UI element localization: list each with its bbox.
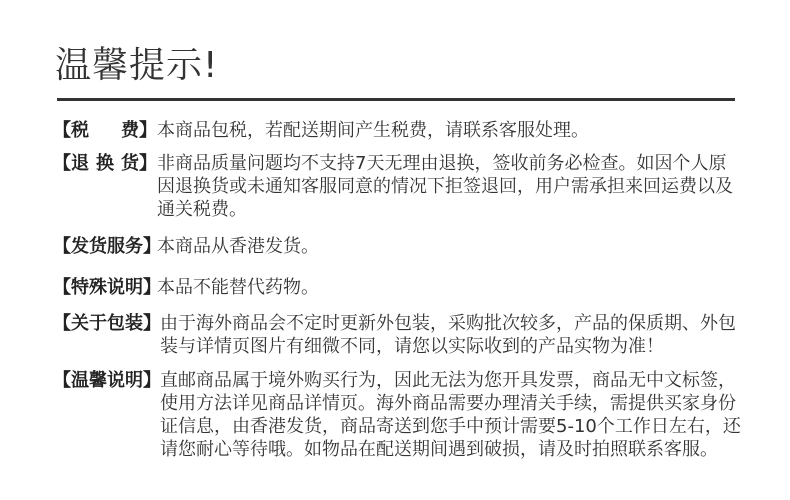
section-body: 直邮商品属于境外购买行为，因此无法为您开具发票，商品无中文标签，使用方法详见商品… bbox=[160, 369, 743, 461]
notice-shipping: 【 发货服务 】 本商品从香港发货。 bbox=[53, 235, 743, 258]
section-label: 【 税 费 】 bbox=[53, 119, 157, 142]
label-text: 温馨说明 bbox=[71, 369, 143, 461]
page-title: 温馨提示! bbox=[55, 44, 218, 88]
notice-tax: 【 税 费 】 本商品包税，若配送期间产生税费，请联系客服处理。 bbox=[53, 119, 743, 142]
section-body: 非商品质量问题均不支持7天无理由退换，签收前务必检查。如因个人原因退换货或未通知… bbox=[157, 152, 743, 221]
left-bracket: 【 bbox=[53, 369, 71, 461]
left-bracket: 【 bbox=[53, 119, 71, 142]
section-label: 【 温馨说明 】 bbox=[53, 369, 160, 461]
notice-special: 【 特殊说明 】 本品不能替代药物。 bbox=[53, 276, 743, 299]
label-text: 特殊说明 bbox=[71, 276, 143, 299]
left-bracket: 【 bbox=[53, 235, 71, 258]
title-divider bbox=[57, 98, 735, 101]
label-text: 发货服务 bbox=[71, 235, 143, 258]
right-bracket: 】 bbox=[143, 369, 161, 461]
section-body: 本品不能替代药物。 bbox=[157, 276, 743, 299]
label-char: 税 bbox=[71, 119, 89, 142]
right-bracket: 】 bbox=[139, 152, 157, 221]
label-char: 换 bbox=[96, 152, 114, 221]
left-bracket: 【 bbox=[53, 152, 71, 221]
section-label: 【 特殊说明 】 bbox=[53, 276, 157, 299]
notice-reminder: 【 温馨说明 】 直邮商品属于境外购买行为，因此无法为您开具发票，商品无中文标签… bbox=[53, 369, 743, 461]
section-body: 本商品从香港发货。 bbox=[157, 235, 743, 258]
notice-packaging: 【 关于包装 】 由于海外商品会不定时更新外包装，采购批次较多，产品的保质期、外… bbox=[53, 312, 743, 358]
label-char: 退 bbox=[71, 152, 89, 221]
label-char: 货 bbox=[121, 152, 139, 221]
notice-returns: 【 退 换 货 】 非商品质量问题均不支持7天无理由退换，签收前务必检查。如因个… bbox=[53, 152, 743, 221]
label-text: 关于包装 bbox=[71, 312, 143, 358]
left-bracket: 【 bbox=[53, 312, 71, 358]
right-bracket: 】 bbox=[139, 119, 157, 142]
section-body: 本商品包税，若配送期间产生税费，请联系客服处理。 bbox=[157, 119, 743, 142]
section-label: 【 关于包装 】 bbox=[53, 312, 160, 358]
label-char: 费 bbox=[121, 119, 139, 142]
section-label: 【 退 换 货 】 bbox=[53, 152, 157, 221]
left-bracket: 【 bbox=[53, 276, 71, 299]
section-body: 由于海外商品会不定时更新外包装，采购批次较多，产品的保质期、外包装与详情页图片有… bbox=[160, 312, 743, 358]
right-bracket: 】 bbox=[143, 312, 161, 358]
section-label: 【 发货服务 】 bbox=[53, 235, 157, 258]
